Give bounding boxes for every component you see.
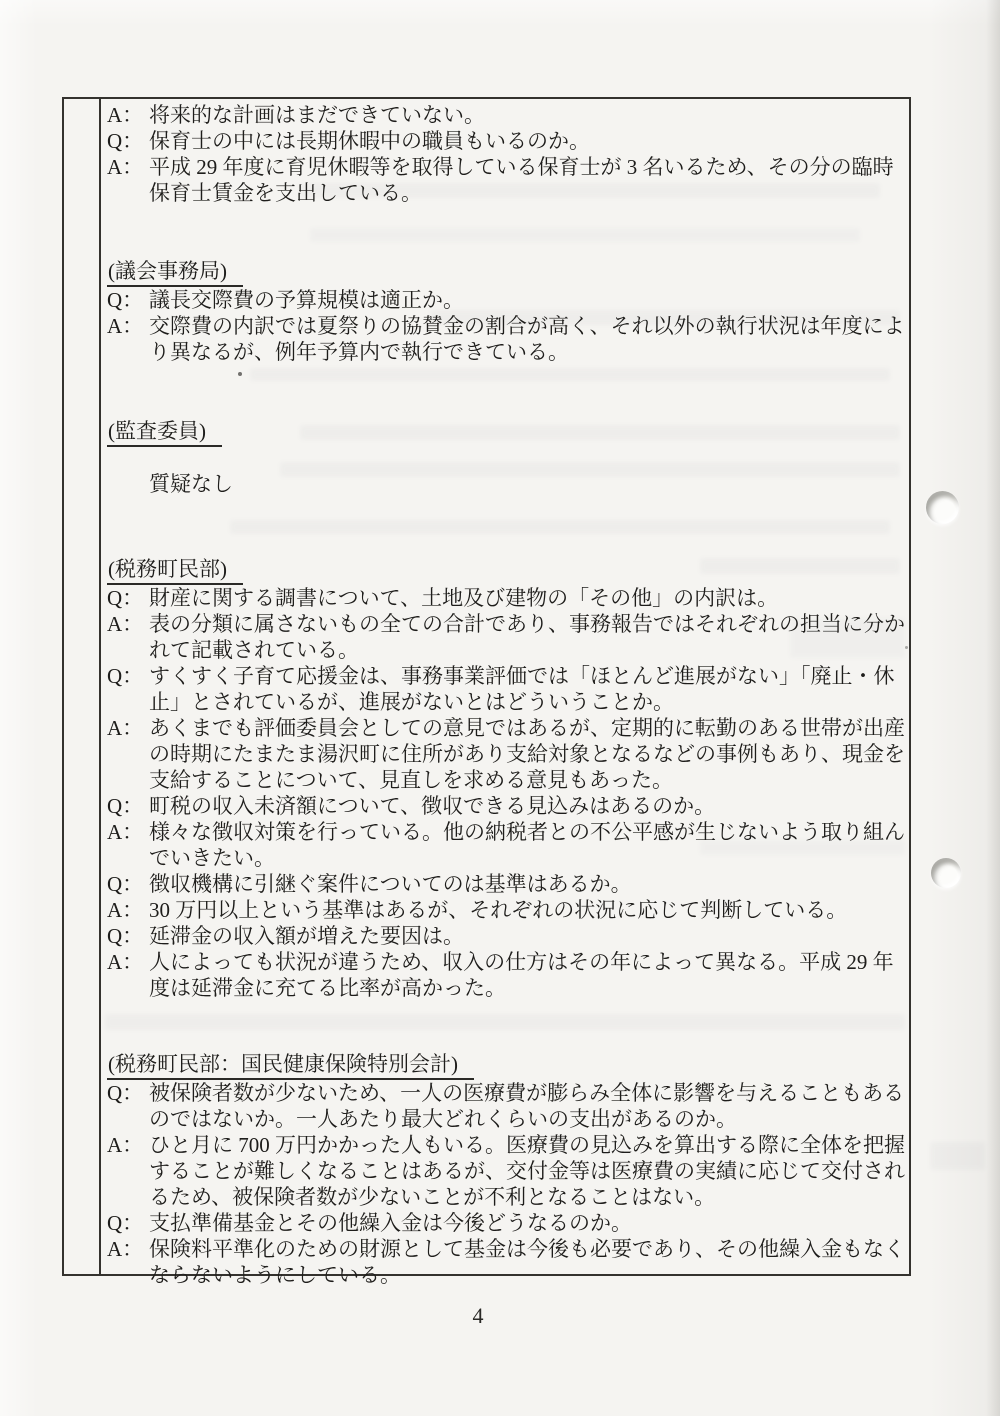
qa-label: Q： (107, 287, 149, 313)
punch-hole (931, 858, 961, 888)
qa-label: A： (107, 715, 149, 741)
qa-text: 保険料平準化のための財源として基金は今後も必要であり、その他繰入金もなくならない… (149, 1236, 907, 1288)
qa-item: Q： 徴収機構に引継ぐ案件についてのは基準はあるか。 (107, 871, 909, 897)
qa-section: (議会事務局) Q： 議長交際費の予算規模は適正か。 A： 交際費の内訳では夏祭… (107, 258, 909, 365)
qa-text: 表の分類に属さないもの全ての合計であり、事務報告ではそれぞれの担当に分かれて記載… (149, 611, 907, 663)
qa-item: Q： 保育士の中には長期休暇中の職員もいるのか。 (107, 128, 909, 154)
qa-label: A： (107, 102, 149, 128)
qa-text: 将来的な計画はまだできていない。 (149, 102, 907, 128)
qa-item: A： 表の分類に属さないもの全ての合計であり、事務報告ではそれぞれの担当に分かれ… (107, 611, 909, 663)
qa-item: Q： すくすく子育て応援金は、事務事業評価では「ほとんど進展がない」「廃止・休止… (107, 663, 909, 715)
qa-text: ひと月に 700 万円かかった人もいる。医療費の見込みを算出する際に全体を把握す… (149, 1132, 907, 1210)
section-heading: (税務町民部) (107, 556, 909, 585)
qa-text: 財産に関する調書について、土地及び建物の「その他」の内訳は。 (149, 585, 907, 611)
qa-text: 平成 29 年度に育児休暇等を取得している保育士が 3 名いるため、その分の臨時… (149, 154, 907, 206)
qa-label: A： (107, 1236, 149, 1262)
document-content: A： 将来的な計画はまだできていない。 Q： 保育士の中には長期休暇中の職員もい… (103, 99, 909, 1274)
qa-item: A： 交際費の内訳では夏祭りの協賛金の割合が高く、それ以外の執行状況は年度により… (107, 313, 909, 365)
qa-text: 被保険者数が少ないため、一人の医療費が膨らみ全体に影響を与えることもあるのではな… (149, 1080, 907, 1132)
qa-text: 様々な徴収対策を行っている。他の納税者との不公平感が生じないよう取り組んでいきた… (149, 819, 907, 871)
qa-label: Q： (107, 128, 149, 154)
bleedthrough-artifact (930, 1142, 985, 1170)
qa-item: Q： 町税の収入未済額について、徴収できる見込みはあるのか。 (107, 793, 909, 819)
section-heading: (税務町民部：国民健康保険特別会計) (107, 1051, 909, 1080)
scanned-page: A： 将来的な計画はまだできていない。 Q： 保育士の中には長期休暇中の職員もい… (0, 0, 1000, 1416)
qa-label: A： (107, 819, 149, 845)
qa-text: すくすく子育て応援金は、事務事業評価では「ほとんど進展がない」「廃止・休止」とさ… (149, 663, 907, 715)
qa-item: A： 平成 29 年度に育児休暇等を取得している保育士が 3 名いるため、その分… (107, 154, 909, 206)
qa-item: Q： 延滞金の収入額が増えた要因は。 (107, 923, 909, 949)
qa-label: Q： (107, 923, 149, 949)
qa-item: A： 将来的な計画はまだできていない。 (107, 102, 909, 128)
qa-label: A： (107, 897, 149, 923)
qa-item: Q： 議長交際費の予算規模は適正か。 (107, 287, 909, 313)
qa-label: Q： (107, 1080, 149, 1106)
qa-item: A： 30 万円以上という基準はあるが、それぞれの状況に応じて判断している。 (107, 897, 909, 923)
qa-label: A： (107, 313, 149, 339)
section-heading: (議会事務局) (107, 258, 909, 287)
qa-item: A： あくまでも評価委員会としての意見ではあるが、定期的に転勤のある世帯が出産の… (107, 715, 909, 793)
qa-section: (税務町民部：国民健康保険特別会計) Q： 被保険者数が少ないため、一人の医療費… (107, 1051, 909, 1288)
qa-item: Q： 被保険者数が少ないため、一人の医療費が膨らみ全体に影響を与えることもあるの… (107, 1080, 909, 1132)
qa-item: Q： 財産に関する調書について、土地及び建物の「その他」の内訳は。 (107, 585, 909, 611)
qa-label: A： (107, 154, 149, 180)
qa-label: A： (107, 949, 149, 975)
qa-text: 支払準備基金とその他繰入金は今後どうなるのか。 (149, 1210, 907, 1236)
qa-section: (税務町民部) Q： 財産に関する調書について、土地及び建物の「その他」の内訳は… (107, 556, 909, 1001)
qa-label: A： (107, 611, 149, 637)
qa-text: 保育士の中には長期休暇中の職員もいるのか。 (149, 128, 907, 154)
qa-item: A： 保険料平準化のための財源として基金は今後も必要であり、その他繰入金もなくな… (107, 1236, 909, 1288)
qa-text: 徴収機構に引継ぐ案件についてのは基準はあるか。 (149, 871, 907, 897)
qa-item: A： ひと月に 700 万円かかった人もいる。医療費の見込みを算出する際に全体を… (107, 1132, 909, 1210)
qa-label: Q： (107, 871, 149, 897)
qa-label: Q： (107, 663, 149, 689)
qa-text: 議長交際費の予算規模は適正か。 (149, 287, 907, 313)
qa-item: Q： 支払準備基金とその他繰入金は今後どうなるのか。 (107, 1210, 909, 1236)
qa-text: 30 万円以上という基準はあるが、それぞれの状況に応じて判断している。 (149, 897, 907, 923)
qa-item: A： 人によっても状況が違うため、収入の仕方はその年によって異なる。平成 29 … (107, 949, 909, 1001)
punch-hole (926, 491, 959, 524)
frame-left-column (64, 99, 101, 1274)
qa-section: A： 将来的な計画はまだできていない。 Q： 保育士の中には長期休暇中の職員もい… (107, 102, 909, 206)
qa-item: A： 様々な徴収対策を行っている。他の納税者との不公平感が生じないよう取り組んで… (107, 819, 909, 871)
qa-text: あくまでも評価委員会としての意見ではあるが、定期的に転勤のある世帯が出産の時期に… (149, 715, 907, 793)
no-questions-note: 質疑なし (107, 471, 909, 497)
qa-text: 交際費の内訳では夏祭りの協賛金の割合が高く、それ以外の執行状況は年度により異なる… (149, 313, 907, 365)
qa-label: Q： (107, 793, 149, 819)
qa-section: (監査委員) 質疑なし (107, 418, 909, 497)
document-frame: A： 将来的な計画はまだできていない。 Q： 保育士の中には長期休暇中の職員もい… (62, 97, 911, 1276)
qa-text: 人によっても状況が違うため、収入の仕方はその年によって異なる。平成 29 年度は… (149, 949, 907, 1001)
qa-text: 町税の収入未済額について、徴収できる見込みはあるのか。 (149, 793, 907, 819)
qa-text: 延滞金の収入額が増えた要因は。 (149, 923, 907, 949)
section-heading: (監査委員) (107, 418, 909, 447)
qa-label: Q： (107, 585, 149, 611)
qa-label: A： (107, 1132, 149, 1158)
qa-label: Q： (107, 1210, 149, 1236)
page-number: 4 (428, 1303, 528, 1329)
